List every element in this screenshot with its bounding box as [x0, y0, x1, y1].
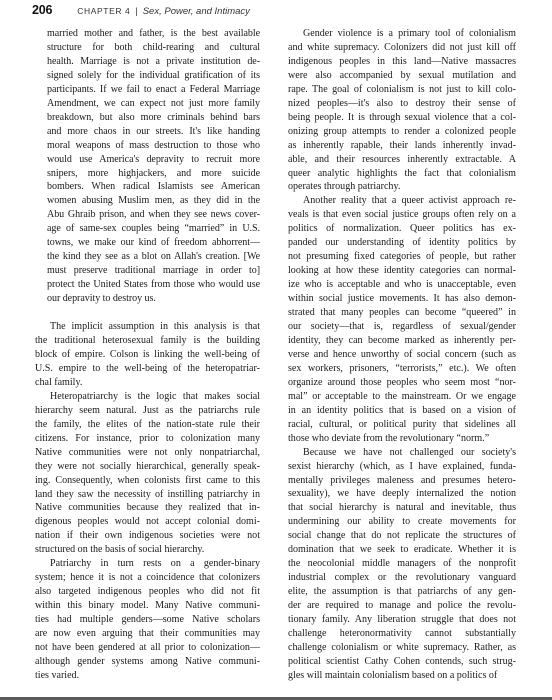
text-line: looking at how these identity categories…: [288, 264, 516, 278]
paragraph-patriarchy-gender-binary: Patriarchy in turn rests on a gender-bin…: [35, 557, 260, 683]
text-line: verse and hence unworthy of social conce…: [288, 348, 516, 362]
text-line: gles will maintain colonialism based on …: [288, 669, 516, 683]
text-line: Another reality that a queer activist ap…: [288, 194, 516, 208]
text-line: snipers, more highjackers, and more suic…: [47, 167, 260, 181]
text-line: domination that we seek to eradicate. Wh…: [288, 543, 516, 557]
text-line: within this binary model. Many Native co…: [35, 599, 260, 613]
text-line: racial, cultural, or political purity th…: [288, 418, 516, 432]
text-line: as inherently rapable, their lands inher…: [288, 139, 516, 153]
text-line: queer analytic highlights the fact that …: [288, 167, 516, 181]
text-line: system; hence it is not a coincidence th…: [35, 571, 260, 585]
text-line: not presuming fixed categories of people…: [288, 250, 516, 264]
paragraph-gender-violence: Gender violence is a primary tool of col…: [288, 27, 516, 194]
spacer: [35, 306, 260, 320]
text-line: Patriarchy in turn rests on a gender-bin…: [35, 557, 260, 571]
text-line: politics of normalization. Queer politic…: [288, 222, 516, 236]
running-head: 206 CHAPTER 4 | Sex, Power, and Intimacy: [32, 3, 250, 17]
left-column: married mother and father, is the best a…: [35, 27, 260, 683]
text-line: undermining our ability to create moveme…: [288, 515, 516, 529]
text-line: and white supremacy. Colonizers did not …: [288, 41, 516, 55]
text-line: our society—that is, regardless of sexua…: [288, 320, 516, 334]
text-line: ing. Consequently, when colonists first …: [35, 474, 260, 488]
text-line: der are required to manage and police th…: [288, 599, 516, 613]
text-line: citizens. For instance, prior to coloniz…: [35, 432, 260, 446]
text-line: sexist hierarchy (which, as I have expla…: [288, 460, 516, 474]
text-line: must preserve traditional marriage in or…: [47, 264, 260, 278]
text-line: Heteropatriarchy is the logic that makes…: [35, 390, 260, 404]
block-quote: married mother and father, is the best a…: [47, 27, 260, 306]
text-line: married mother and father, is the best a…: [47, 27, 260, 41]
text-line: Gender violence is a primary tool of col…: [288, 27, 516, 41]
text-line: veals is that even social justice groups…: [288, 208, 516, 222]
text-line: Abu Ghraib prison, and when they see new…: [47, 208, 260, 222]
text-line: are now even arguing that their communit…: [35, 627, 260, 641]
text-line: sexuality), we have deeply internalized …: [288, 487, 516, 501]
text-line: challenge heteronormativity cannot subst…: [288, 627, 516, 641]
text-line: block of empire. Colson is linking the w…: [35, 348, 260, 362]
text-line: elite, the assumption is that patriarchs…: [288, 585, 516, 599]
text-line: identity, they can become marked as inhe…: [288, 334, 516, 348]
text-line: ties varied.: [35, 669, 260, 683]
text-line: sex workers, prisoners, “terrorists,” et…: [288, 362, 516, 376]
text-line: health. Marriage is not a private instit…: [47, 55, 260, 69]
text-line: protect the United States from those who…: [47, 278, 260, 292]
text-line: structure for both child-rearing and cul…: [47, 41, 260, 55]
text-line: Because we have not challenged our socie…: [288, 446, 516, 460]
text-line: hierarchy seem natural. Just as the patr…: [35, 404, 260, 418]
text-line: rape. The goal of colonialism is not jus…: [288, 83, 516, 97]
text-line: ties had multiple genders—some Native sc…: [35, 613, 260, 627]
text-line: Amendment, we can expect not just more f…: [47, 97, 260, 111]
text-line: the neocolonial middle managers of the n…: [288, 557, 516, 571]
text-line: that social hierarchy is natural and ine…: [288, 501, 516, 515]
text-line: age of same-sex couples being “married” …: [47, 222, 260, 236]
text-line: mentally privileges maleness and presume…: [288, 474, 516, 488]
text-line: the traditional heterosexual family is t…: [35, 334, 260, 348]
text-line: indigenous peoples in this land—Native m…: [288, 55, 516, 69]
text-line: also targeted indigenous peoples who did…: [35, 585, 260, 599]
text-line: women abusing Muslim men, as they did in…: [47, 194, 260, 208]
text-line: Native communities were not only nonpatr…: [35, 446, 260, 460]
text-line: structured on the basis of social hierar…: [35, 543, 260, 557]
text-line: industrial complex or the revolutionary …: [288, 571, 516, 585]
text-line: mal” or acceptable to the mainstream. Or…: [288, 390, 516, 404]
right-column: Gender violence is a primary tool of col…: [288, 27, 516, 683]
text-line: breakdown, but also more criminals behin…: [47, 111, 260, 125]
text-line: U.S. empire to the well-being of the het…: [35, 362, 260, 376]
text-line: although gender systems among Native com…: [35, 655, 260, 669]
text-line: political scientist Cathy Cohen contends…: [288, 655, 516, 669]
text-line: moral weapons of mass destruction to tho…: [47, 139, 260, 153]
chapter-label: CHAPTER 4: [77, 6, 130, 16]
text-line: Native communities because they realized…: [35, 501, 260, 515]
header-separator: |: [135, 6, 137, 16]
text-line: towns, we make our kind of freedom abhor…: [47, 236, 260, 250]
paragraph-sexist-hierarchy: Because we have not challenged our socie…: [288, 446, 516, 683]
book-page: 206 CHAPTER 4 | Sex, Power, and Intimacy…: [0, 0, 552, 700]
text-line: land they saw the necessity of instillin…: [35, 488, 260, 502]
text-line: challenge colonialism or white supremacy…: [288, 641, 516, 655]
text-line: the kind they see as a blot on Allah's c…: [47, 250, 260, 264]
text-line: able, and their resources inherently ext…: [288, 153, 516, 167]
paragraph-implicit-assumption: The implicit assumption in this analysis…: [35, 320, 260, 390]
text-line: participants. If we fail to enact a Fede…: [47, 83, 260, 97]
text-line: The implicit assumption in this analysis…: [35, 320, 260, 334]
text-line: ize who is acceptable and who is unaccep…: [288, 278, 516, 292]
text-line: signed solely for the individual gratifi…: [47, 69, 260, 83]
page-number: 206: [32, 3, 52, 17]
text-line: the family, the elites of the nation-sta…: [35, 418, 260, 432]
text-line: strated that many peoples can become “qu…: [288, 306, 516, 320]
paragraph-heteropatriarchy: Heteropatriarchy is the logic that makes…: [35, 390, 260, 557]
text-line: in an identity politics that is based on…: [288, 404, 516, 418]
text-line: onizing group attempts to render a colon…: [288, 125, 516, 139]
text-line: those who deviate from the revolutionary…: [288, 432, 516, 446]
text-line: nized peoples—it's also to destroy their…: [288, 97, 516, 111]
text-line: nation if their own indigenous societies…: [35, 529, 260, 543]
text-line: tionary family. Any liberation struggle …: [288, 613, 516, 627]
text-line: digenous peoples would not accept coloni…: [35, 515, 260, 529]
text-line: they were not socially hierarchical, gen…: [35, 460, 260, 474]
text-line: organize around those peoples who seem m…: [288, 376, 516, 390]
text-line: panded our understanding of identity pol…: [288, 236, 516, 250]
text-line: operates through patriarchy.: [288, 180, 516, 194]
text-line: chal family.: [35, 376, 260, 390]
text-line: bombers. When radical Islamists see Amer…: [47, 180, 260, 194]
text-line: our depravity to destroy us.: [47, 292, 260, 306]
paragraph-queer-activist-approach: Another reality that a queer activist ap…: [288, 194, 516, 445]
text-line: within social justice movements. It has …: [288, 292, 516, 306]
text-line: were also accompanied by sexual mutilati…: [288, 69, 516, 83]
chapter-title: Sex, Power, and Intimacy: [143, 6, 250, 17]
text-line: not have been gendered at all prior to c…: [35, 641, 260, 655]
text-line: would use America's depravity to recruit…: [47, 153, 260, 167]
text-line: and more chaos in our streets. It's like…: [47, 125, 260, 139]
text-line: social change that do not replicate the …: [288, 529, 516, 543]
text-line: being people. It is through sexual viole…: [288, 111, 516, 125]
